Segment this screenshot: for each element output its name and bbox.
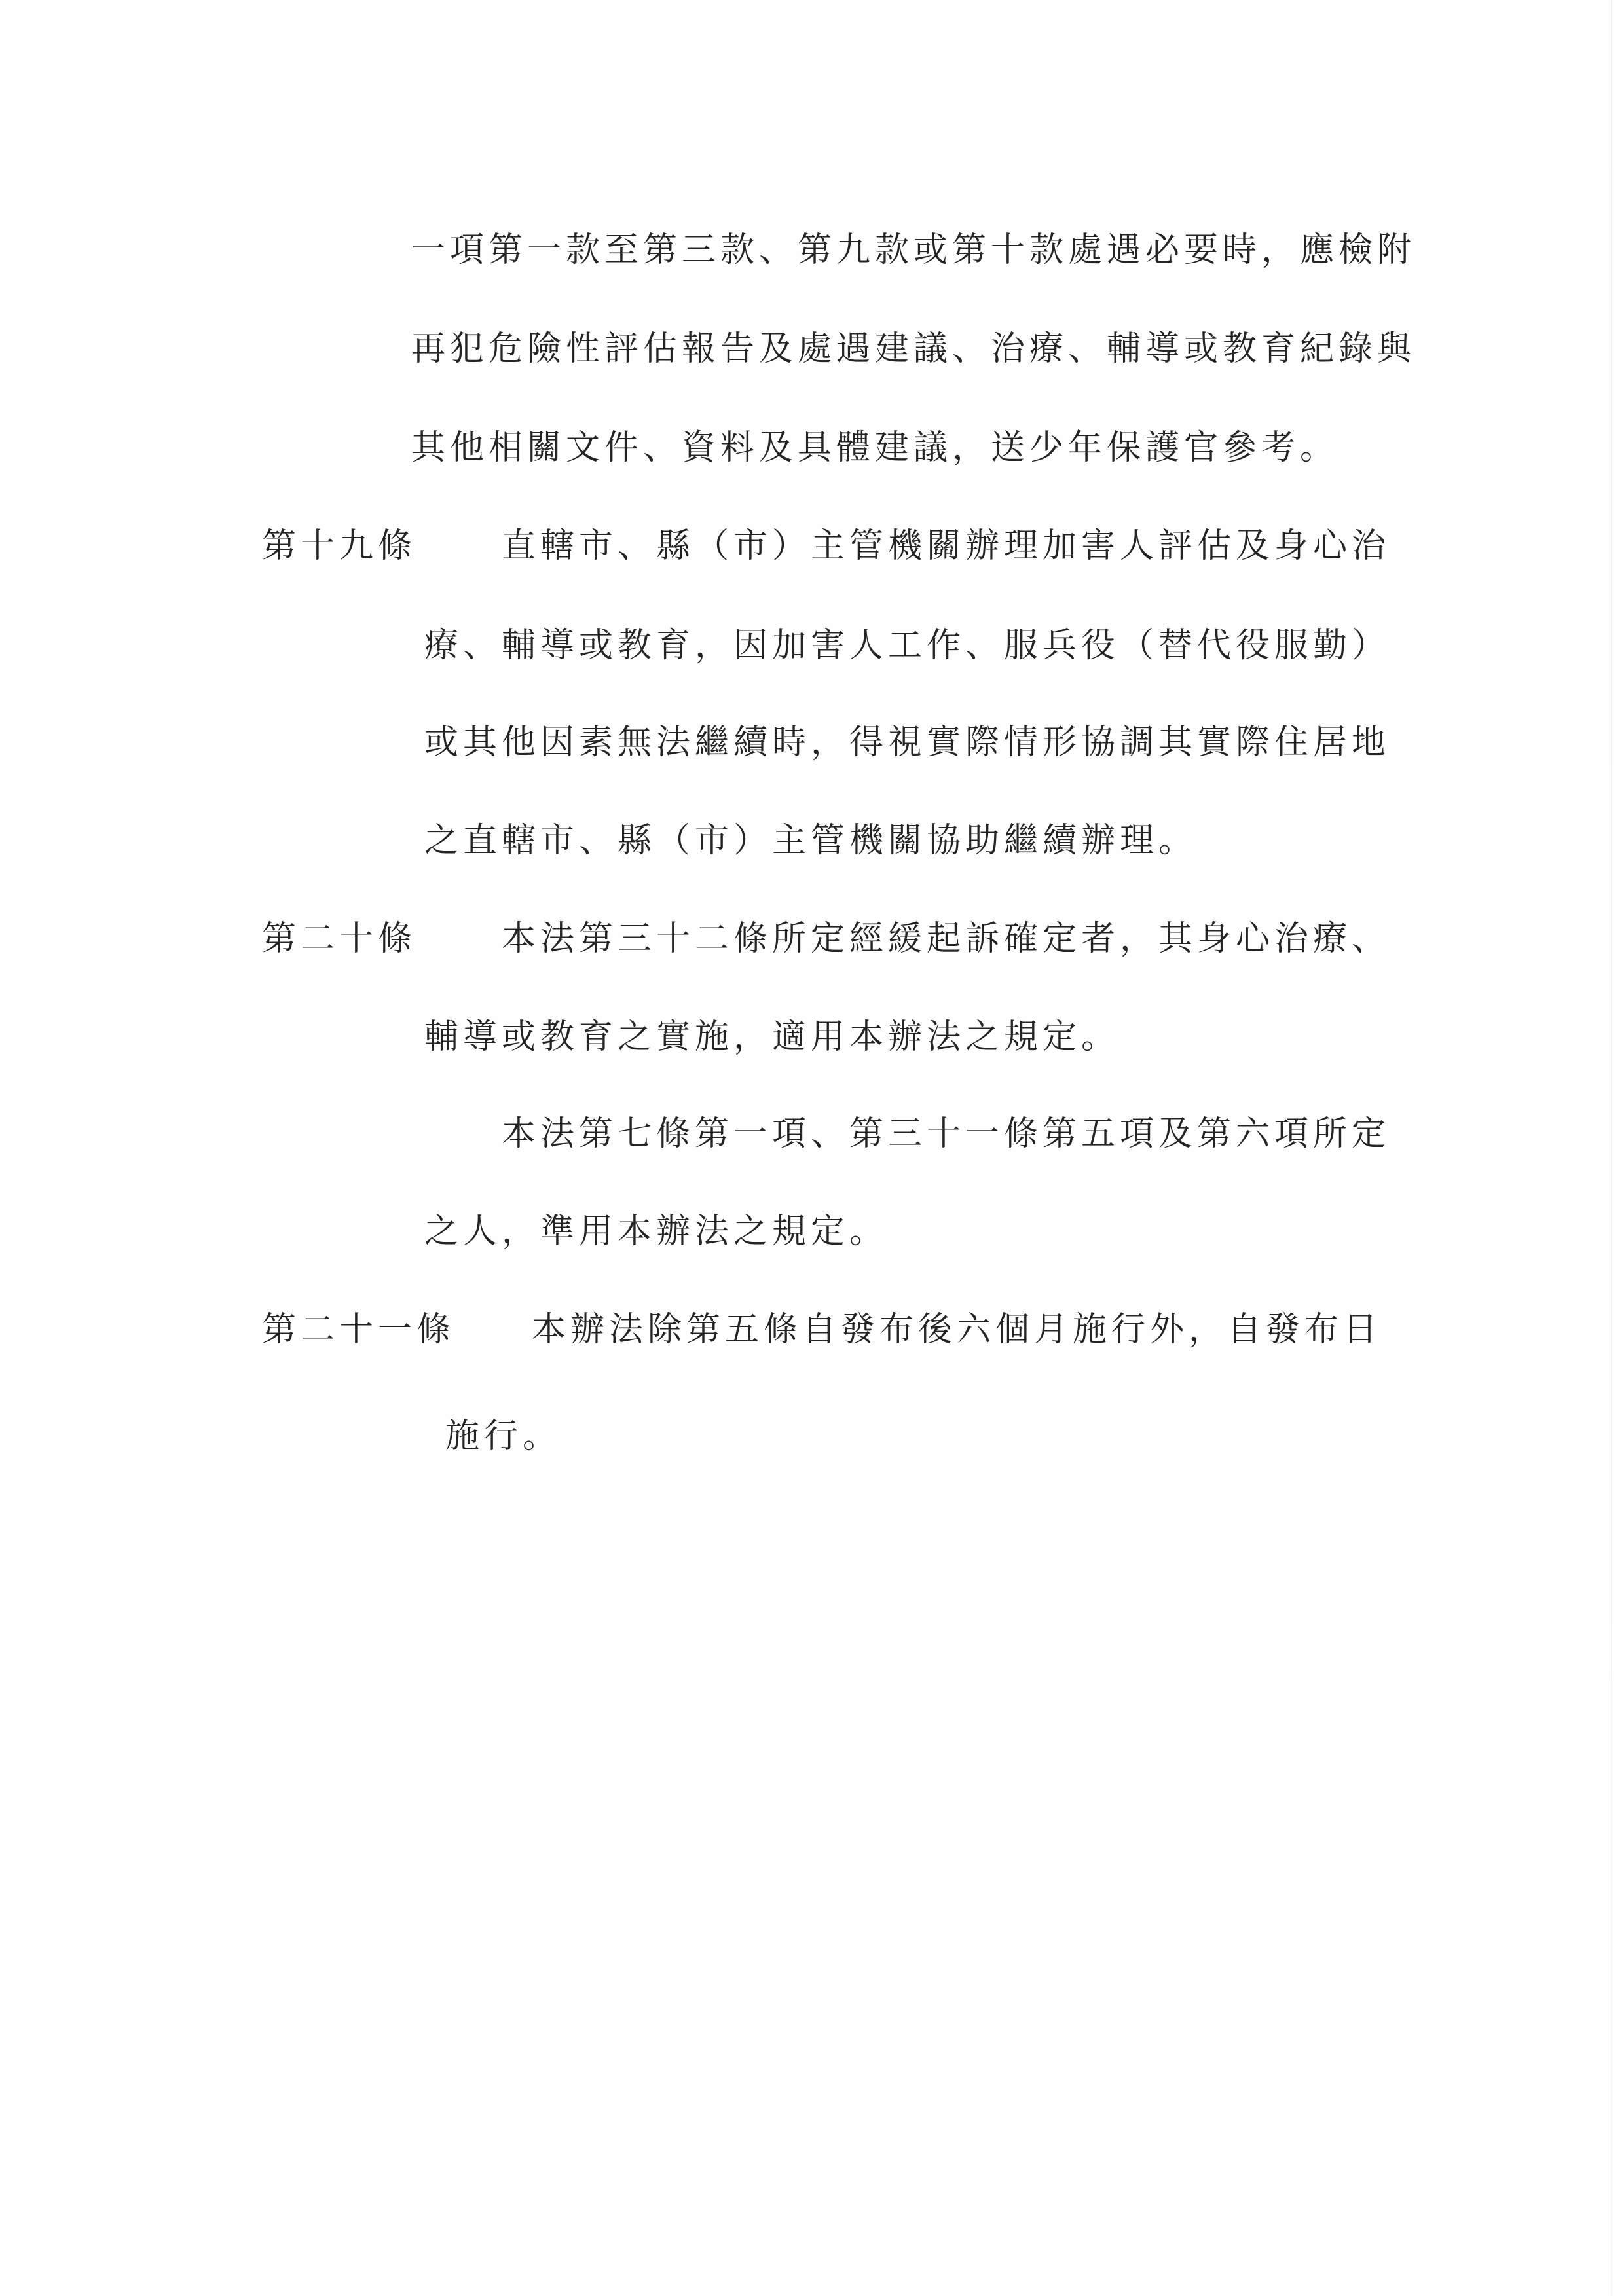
paragraph-line: 一項第一款至第三款、第九款或第十款處遇必要時，應檢附 [411,230,1416,270]
paragraph-line: 或其他因素無法繼續時，得視實際情形協調其實際住居地 [424,723,1390,762]
document-page: 一項第一款至第三款、第九款或第十款處遇必要時，應檢附 再犯危險性評估報告及處遇建… [0,0,1624,2296]
paragraph-line: 之人，準用本辦法之規定。 [424,1212,888,1251]
paragraph-line: 本辦法除第五條自發布後六個月施行外，自發布日 [532,1310,1382,1349]
paragraph-line: 施行。 [445,1417,561,1456]
article-label: 第二十條 [262,919,416,958]
paragraph-line: 之直轄市、縣（市）主管機關協助繼續辦理。 [424,821,1197,860]
paragraph-line: 再犯危險性評估報告及處遇建議、治療、輔導或教育紀錄與 [411,329,1416,369]
paragraph-line: 療、輔導或教育，因加害人工作、服兵役（替代役服勤） [424,626,1390,665]
paragraph-line: 輔導或教育之實施，適用本辦法之規定。 [424,1017,1120,1057]
scan-edge-artifact [1611,0,1612,2296]
paragraph-line: 本法第七條第一項、第三十一條第五項及第六項所定 [502,1114,1390,1154]
paragraph-line: 本法第三十二條所定經緩起訴確定者，其身心治療、 [502,919,1390,958]
article-label: 第二十一條 [262,1310,455,1349]
article-label: 第十九條 [262,526,416,566]
paragraph-line: 直轄市、縣（市）主管機關辦理加害人評估及身心治 [502,526,1390,566]
paragraph-line: 其他相關文件、資料及具體建議，送少年保護官參考。 [411,428,1338,467]
